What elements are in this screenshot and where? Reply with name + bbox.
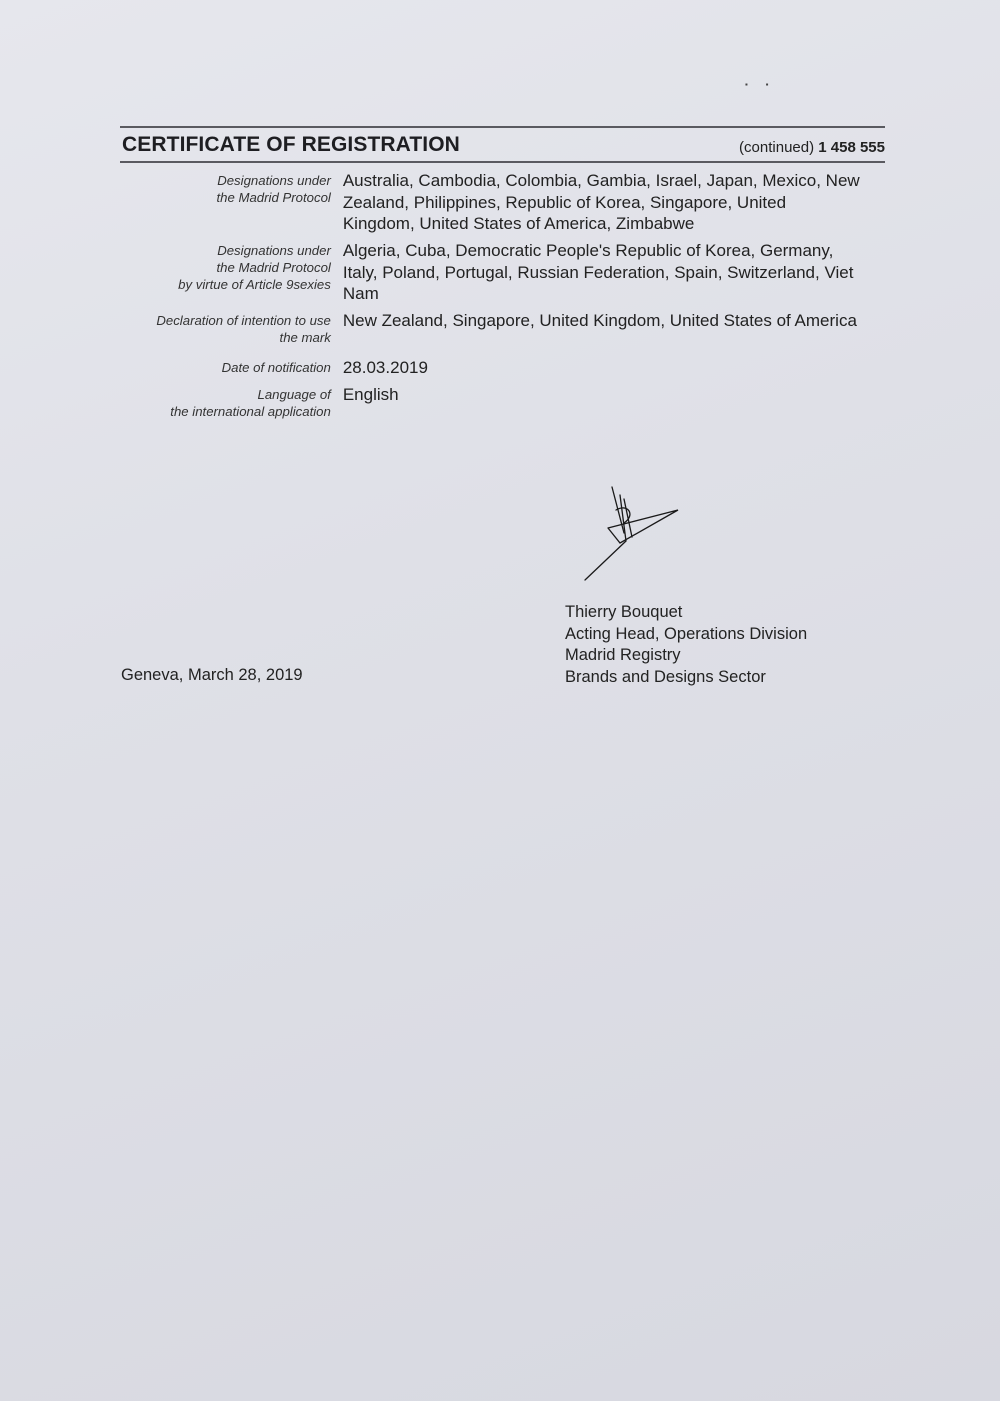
entry-designations: Designations under the Madrid Protocol A… — [120, 170, 860, 235]
entry-label: Designations under the Madrid Protocol — [120, 170, 331, 235]
signatory-block: Thierry Bouquet Acting Head, Operations … — [565, 602, 807, 688]
entry-designations-9sexies: Designations under the Madrid Protocol b… — [120, 240, 860, 305]
certificate-title: CERTIFICATE OF REGISTRATION — [122, 133, 460, 157]
entry-value: Australia, Cambodia, Colombia, Gambia, I… — [343, 170, 860, 235]
signatory-unit: Madrid Registry — [565, 645, 807, 667]
header-bottom-rule — [120, 161, 885, 163]
entry-declaration-of-intention: Declaration of intention to use the mark… — [120, 310, 860, 346]
print-specks: ▪ ▪ — [745, 80, 768, 89]
signature-icon — [580, 485, 690, 585]
place-and-date: Geneva, March 28, 2019 — [121, 666, 303, 685]
entry-value: English — [343, 384, 860, 420]
entry-value: 28.03.2019 — [343, 357, 860, 379]
registration-number-value: 1 458 555 — [818, 139, 885, 156]
entry-value: Algeria, Cuba, Democratic People's Repub… — [343, 240, 860, 305]
entry-value: New Zealand, Singapore, United Kingdom, … — [343, 310, 860, 346]
registration-number: (continued) 1 458 555 — [739, 139, 885, 156]
signatory-name: Thierry Bouquet — [565, 602, 807, 624]
entry-label: Designations under the Madrid Protocol b… — [120, 240, 331, 305]
continued-label: (continued) — [739, 139, 814, 156]
entry-label: Language of the international applicatio… — [120, 384, 331, 420]
document-page: ▪ ▪ CERTIFICATE OF REGISTRATION (continu… — [0, 0, 1000, 1401]
entry-date-of-notification: Date of notification 28.03.2019 — [120, 357, 860, 379]
header-top-rule — [120, 126, 885, 128]
entry-label: Date of notification — [120, 357, 331, 379]
signatory-title: Acting Head, Operations Division — [565, 624, 807, 646]
entry-language: Language of the international applicatio… — [120, 384, 860, 420]
signatory-sector: Brands and Designs Sector — [565, 667, 807, 689]
entry-label: Declaration of intention to use the mark — [120, 310, 331, 346]
